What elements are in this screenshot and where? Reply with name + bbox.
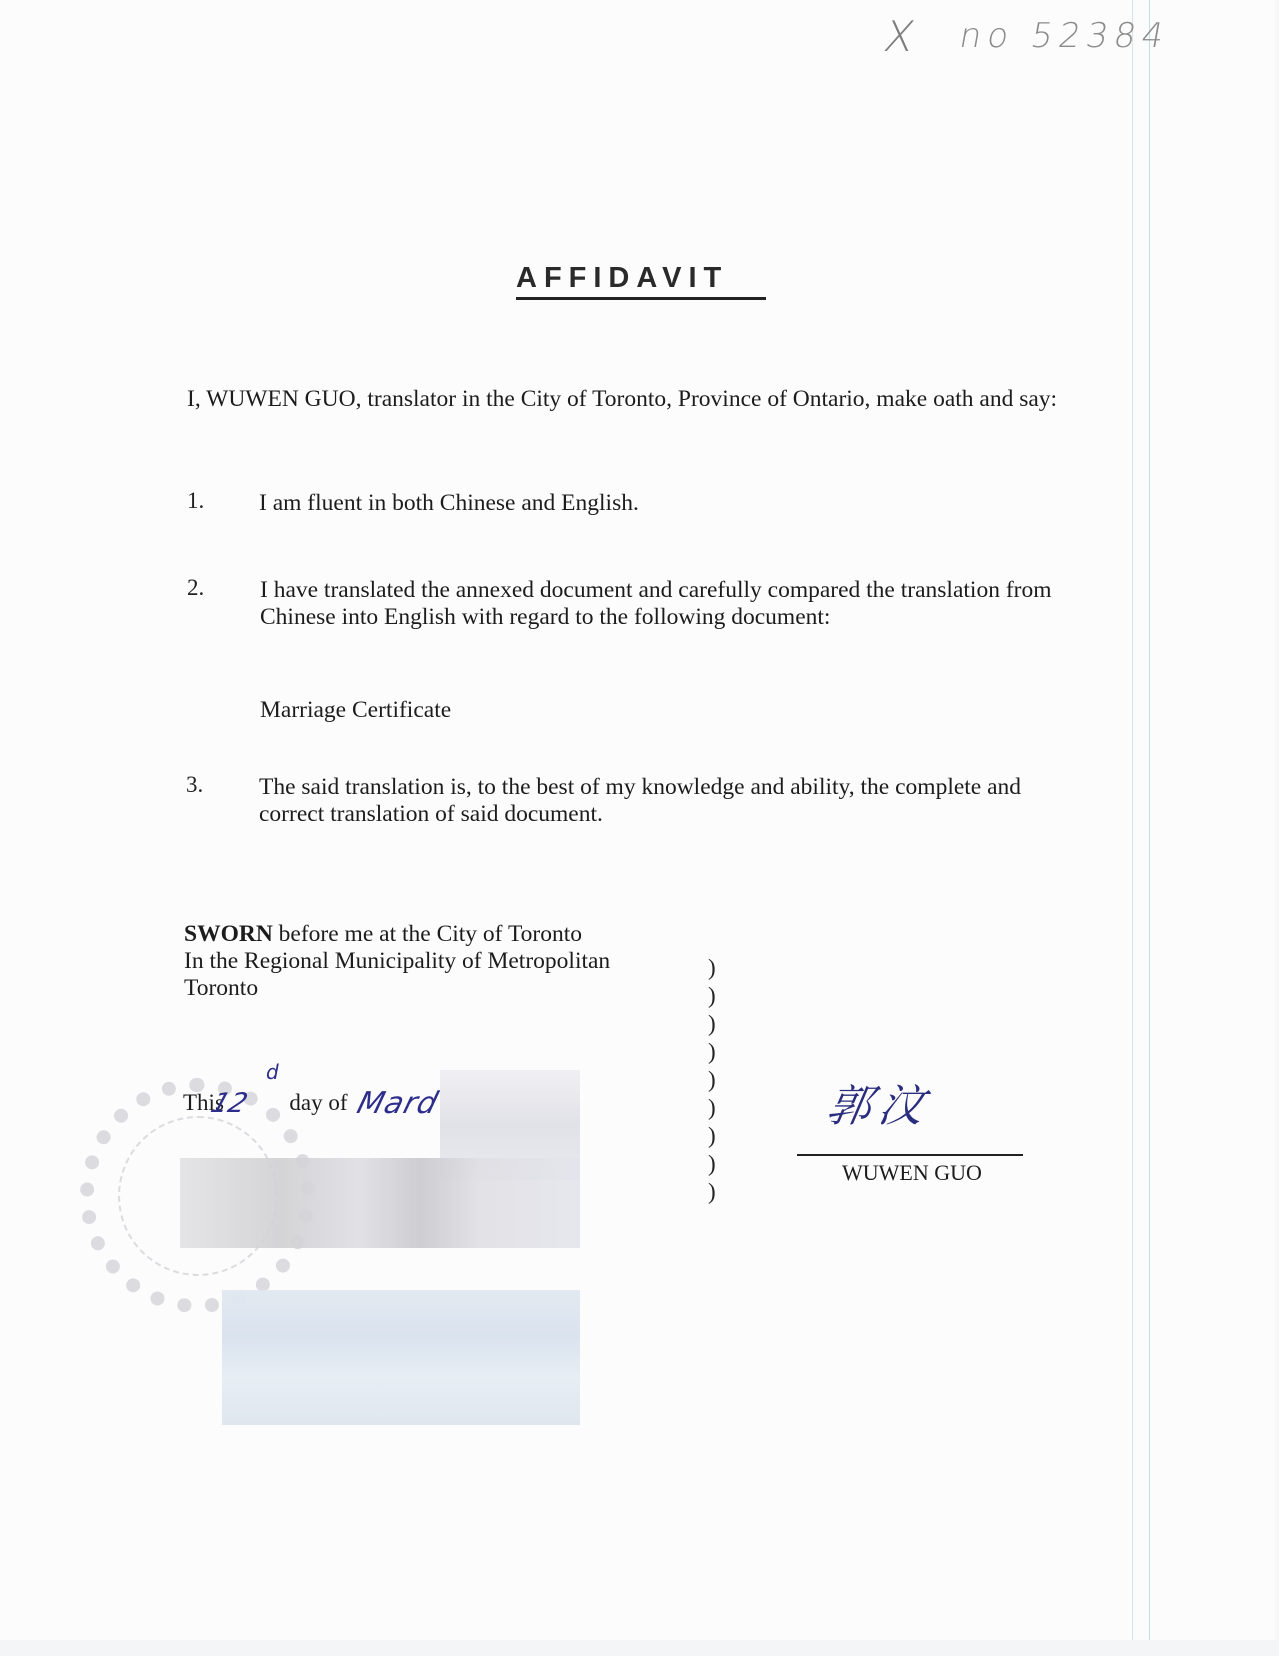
item-number: 3.	[186, 772, 203, 798]
bracket: )	[708, 1095, 716, 1121]
handwritten-mark-x: X	[880, 12, 919, 61]
page-edge	[1273, 0, 1279, 1656]
scan-margin-line	[1132, 0, 1133, 1640]
date-middle: day of	[289, 1090, 347, 1115]
date-line: This day of	[183, 1090, 348, 1116]
affidavit-page: X no 52384 AFFIDAVIT I, WUWEN GUO, trans…	[0, 0, 1279, 1656]
item-text: I have translated the annexed document a…	[260, 577, 1080, 631]
page-bottom-edge	[0, 1640, 1279, 1656]
signature-line	[797, 1154, 1023, 1156]
bracket: )	[708, 955, 716, 981]
document-title: AFFIDAVIT	[516, 262, 728, 295]
item-text: I am fluent in both Chinese and English.	[259, 490, 1079, 517]
redacted-region	[180, 1158, 580, 1248]
sworn-line1: before me at the City of Toronto	[273, 921, 582, 947]
bracket: )	[708, 1151, 716, 1177]
bracket: )	[708, 1123, 716, 1149]
sworn-block: SWORN before me at the City of Toronto I…	[184, 921, 664, 1002]
bracket: )	[708, 1039, 716, 1065]
item-number: 1.	[187, 488, 204, 514]
item-text: The said translation is, to the best of …	[259, 774, 1089, 828]
sworn-line3: Toronto	[184, 975, 258, 1001]
scan-margin-line	[1149, 0, 1150, 1640]
bracket: )	[708, 983, 716, 1009]
title-underline	[516, 297, 766, 300]
intro-paragraph: I, WUWEN GUO, translator in the City of …	[187, 386, 1087, 413]
redacted-stamp-region	[222, 1290, 580, 1425]
sworn-label: SWORN	[184, 921, 273, 947]
handwritten-day-suffix: d	[266, 1060, 279, 1084]
bracket: )	[708, 1179, 716, 1205]
sworn-line2: In the Regional Municipality of Metropol…	[184, 948, 610, 974]
signatory-name: WUWEN GUO	[842, 1160, 982, 1186]
document-name: Marriage Certificate	[260, 697, 451, 724]
bracket: )	[708, 1067, 716, 1093]
item-number: 2.	[187, 575, 204, 601]
bracket: )	[708, 1011, 716, 1037]
handwritten-month: Mard	[353, 1086, 442, 1121]
handwritten-signature: 郭汶	[822, 1070, 937, 1134]
handwritten-reference-number: no 52384	[956, 16, 1172, 56]
